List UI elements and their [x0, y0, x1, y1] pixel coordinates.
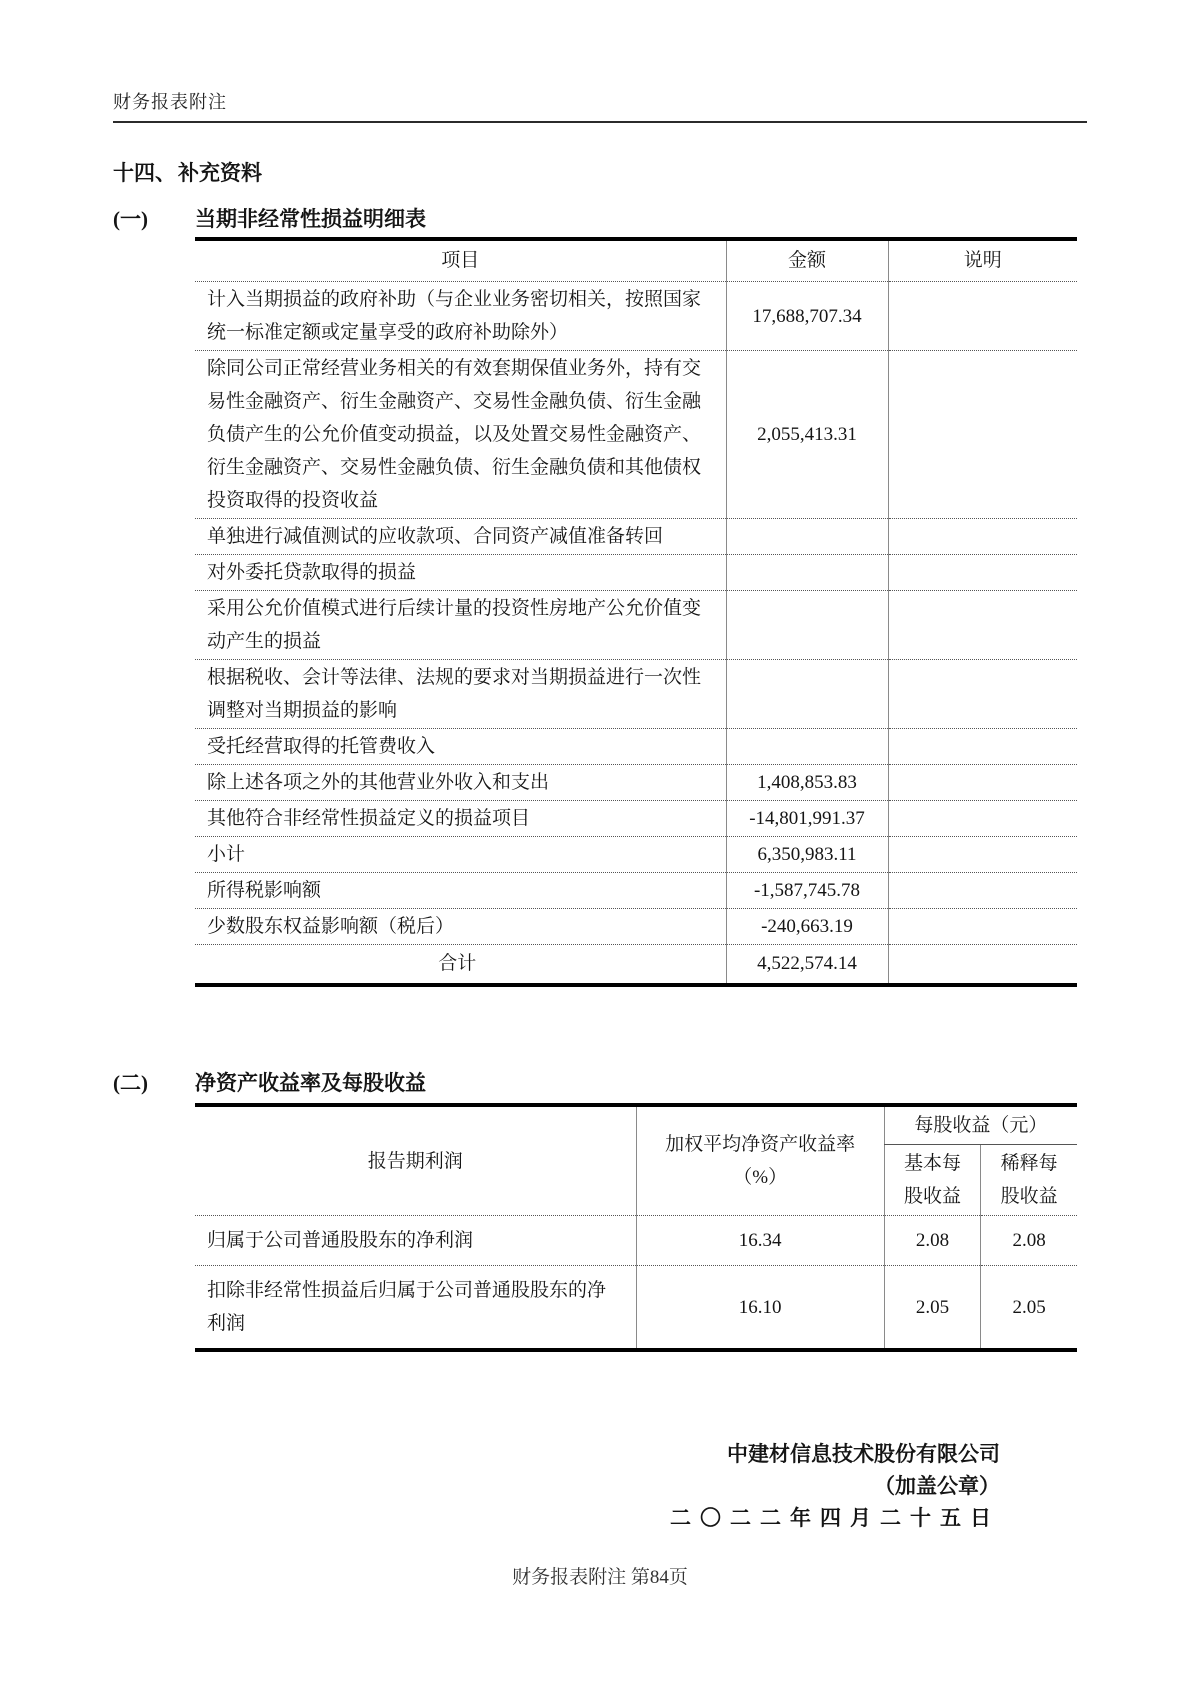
item-cell: 所得税影响额 — [195, 873, 726, 909]
item-cell: 单独进行减值测试的应收款项、合同资产减值准备转回 — [195, 519, 726, 555]
non-recurring-items-table: 项目 金额 说明 计入当期损益的政府补助（与企业业务密切相关，按照国家统一标准定… — [195, 237, 1077, 987]
amount-cell — [726, 591, 888, 660]
amount-cell: 6,350,983.11 — [726, 837, 888, 873]
basic-eps-cell: 2.08 — [884, 1216, 980, 1266]
table-total-row: 合计 4,522,574.14 — [195, 945, 1077, 986]
table-row: 单独进行减值测试的应收款项、合同资产减值准备转回 — [195, 519, 1077, 555]
note-cell — [888, 729, 1077, 765]
note-cell — [888, 555, 1077, 591]
header-profit: 报告期利润 — [195, 1105, 636, 1216]
table-row: 少数股东权益影响额（税后） -240,663.19 — [195, 909, 1077, 945]
item-cell: 其他符合非经常性损益定义的损益项目 — [195, 801, 726, 837]
note-cell — [888, 519, 1077, 555]
section-number: 十四、 — [113, 157, 178, 187]
header-eps-group: 每股收益（元） — [884, 1105, 1077, 1145]
section-title-text: 补充资料 — [178, 161, 262, 185]
header-item: 项目 — [195, 239, 726, 282]
amount-cell — [726, 519, 888, 555]
table-header-row: 项目 金额 说明 — [195, 239, 1077, 282]
diluted-eps-cell: 2.08 — [981, 1216, 1077, 1266]
table-row: 受托经营取得的托管费收入 — [195, 729, 1077, 765]
page-footer: 财务报表附注 第84页 — [0, 1562, 1200, 1589]
item-cell: 小计 — [195, 837, 726, 873]
note-cell — [888, 837, 1077, 873]
page-header-title: 财务报表附注 — [113, 92, 227, 112]
header-roe: 加权平均净资产收益率（%） — [636, 1105, 884, 1216]
header-diluted-eps: 稀释每股收益 — [981, 1145, 1077, 1216]
section-title: 十四、补充资料 — [113, 157, 1087, 187]
item-cell: 根据税收、会计等法律、法规的要求对当期损益进行一次性调整对当期损益的影响 — [195, 660, 726, 729]
table-row: 对外委托贷款取得的损益 — [195, 555, 1077, 591]
table-row: 小计 6,350,983.11 — [195, 837, 1077, 873]
amount-cell — [726, 660, 888, 729]
amount-cell: 2,055,413.31 — [726, 351, 888, 519]
item-cell: 受托经营取得的托管费收入 — [195, 729, 726, 765]
header-basic-eps: 基本每股收益 — [884, 1145, 980, 1216]
header-note: 说明 — [888, 239, 1077, 282]
note-cell — [888, 660, 1077, 729]
table-row: 除同公司正常经营业务相关的有效套期保值业务外，持有交易性金融资产、衍生金融资产、… — [195, 351, 1077, 519]
signature-company: 中建材信息技术股份有限公司 — [113, 1438, 1000, 1470]
amount-cell: 1,408,853.83 — [726, 765, 888, 801]
amount-cell: 17,688,707.34 — [726, 282, 888, 351]
item-cell: 归属于公司普通股股东的净利润 — [195, 1216, 636, 1266]
page-footer-text: 财务报表附注 第84页 — [512, 1567, 688, 1588]
amount-cell: -1,587,745.78 — [726, 873, 888, 909]
item-cell: 少数股东权益影响额（税后） — [195, 909, 726, 945]
subsection2-title-text: 净资产收益率及每股收益 — [195, 1071, 426, 1095]
total-note-cell — [888, 945, 1077, 986]
table-row: 计入当期损益的政府补助（与企业业务密切相关，按照国家统一标准定额或定量享受的政府… — [195, 282, 1077, 351]
roe-cell: 16.34 — [636, 1216, 884, 1266]
signature-block: 中建材信息技术股份有限公司 （加盖公章） 二〇二二年四月二十五日 — [113, 1438, 1087, 1534]
table-header-row: 报告期利润 加权平均净资产收益率（%） 每股收益（元） — [195, 1105, 1077, 1145]
item-cell: 对外委托贷款取得的损益 — [195, 555, 726, 591]
page-content: 财务报表附注 十四、补充资料 (一)当期非经常性损益明细表 项目 金额 说明 计… — [0, 88, 1200, 1534]
table-row: 根据税收、会计等法律、法规的要求对当期损益进行一次性调整对当期损益的影响 — [195, 660, 1077, 729]
table-row: 采用公允价值模式进行后续计量的投资性房地产公允价值变动产生的损益 — [195, 591, 1077, 660]
header-amount: 金额 — [726, 239, 888, 282]
note-cell — [888, 591, 1077, 660]
table-row: 归属于公司普通股股东的净利润 16.34 2.08 2.08 — [195, 1216, 1077, 1266]
item-cell: 除同公司正常经营业务相关的有效套期保值业务外，持有交易性金融资产、衍生金融资产、… — [195, 351, 726, 519]
table-row: 其他符合非经常性损益定义的损益项目 -14,801,991.37 — [195, 801, 1077, 837]
table-row: 除上述各项之外的其他营业外收入和支出 1,408,853.83 — [195, 765, 1077, 801]
note-cell — [888, 351, 1077, 519]
subsection1-title: (一)当期非经常性损益明细表 — [113, 203, 1087, 233]
total-label-cell: 合计 — [195, 945, 726, 986]
diluted-eps-cell: 2.05 — [981, 1266, 1077, 1351]
item-cell: 计入当期损益的政府补助（与企业业务密切相关，按照国家统一标准定额或定量享受的政府… — [195, 282, 726, 351]
subsection1-title-text: 当期非经常性损益明细表 — [195, 207, 426, 231]
amount-cell: -14,801,991.37 — [726, 801, 888, 837]
signature-seal: （加盖公章） — [113, 1470, 1000, 1502]
table-row: 扣除非经常性损益后归属于公司普通股股东的净利润 16.10 2.05 2.05 — [195, 1266, 1077, 1351]
item-cell: 除上述各项之外的其他营业外收入和支出 — [195, 765, 726, 801]
note-cell — [888, 873, 1077, 909]
item-cell: 扣除非经常性损益后归属于公司普通股股东的净利润 — [195, 1266, 636, 1351]
amount-cell: -240,663.19 — [726, 909, 888, 945]
amount-cell — [726, 555, 888, 591]
subsection2-number: (二) — [113, 1067, 195, 1097]
note-cell — [888, 765, 1077, 801]
roe-eps-table: 报告期利润 加权平均净资产收益率（%） 每股收益（元） 基本每股收益 稀释每股收… — [195, 1103, 1077, 1352]
subsection1-number: (一) — [113, 203, 195, 233]
page-header: 财务报表附注 — [113, 88, 1087, 123]
basic-eps-cell: 2.05 — [884, 1266, 980, 1351]
item-cell: 采用公允价值模式进行后续计量的投资性房地产公允价值变动产生的损益 — [195, 591, 726, 660]
note-cell — [888, 282, 1077, 351]
table-row: 所得税影响额 -1,587,745.78 — [195, 873, 1077, 909]
amount-cell — [726, 729, 888, 765]
total-amount-cell: 4,522,574.14 — [726, 945, 888, 986]
subsection2-title: (二)净资产收益率及每股收益 — [113, 1067, 1087, 1097]
roe-cell: 16.10 — [636, 1266, 884, 1351]
signature-date: 二〇二二年四月二十五日 — [113, 1502, 1000, 1534]
note-cell — [888, 909, 1077, 945]
note-cell — [888, 801, 1077, 837]
